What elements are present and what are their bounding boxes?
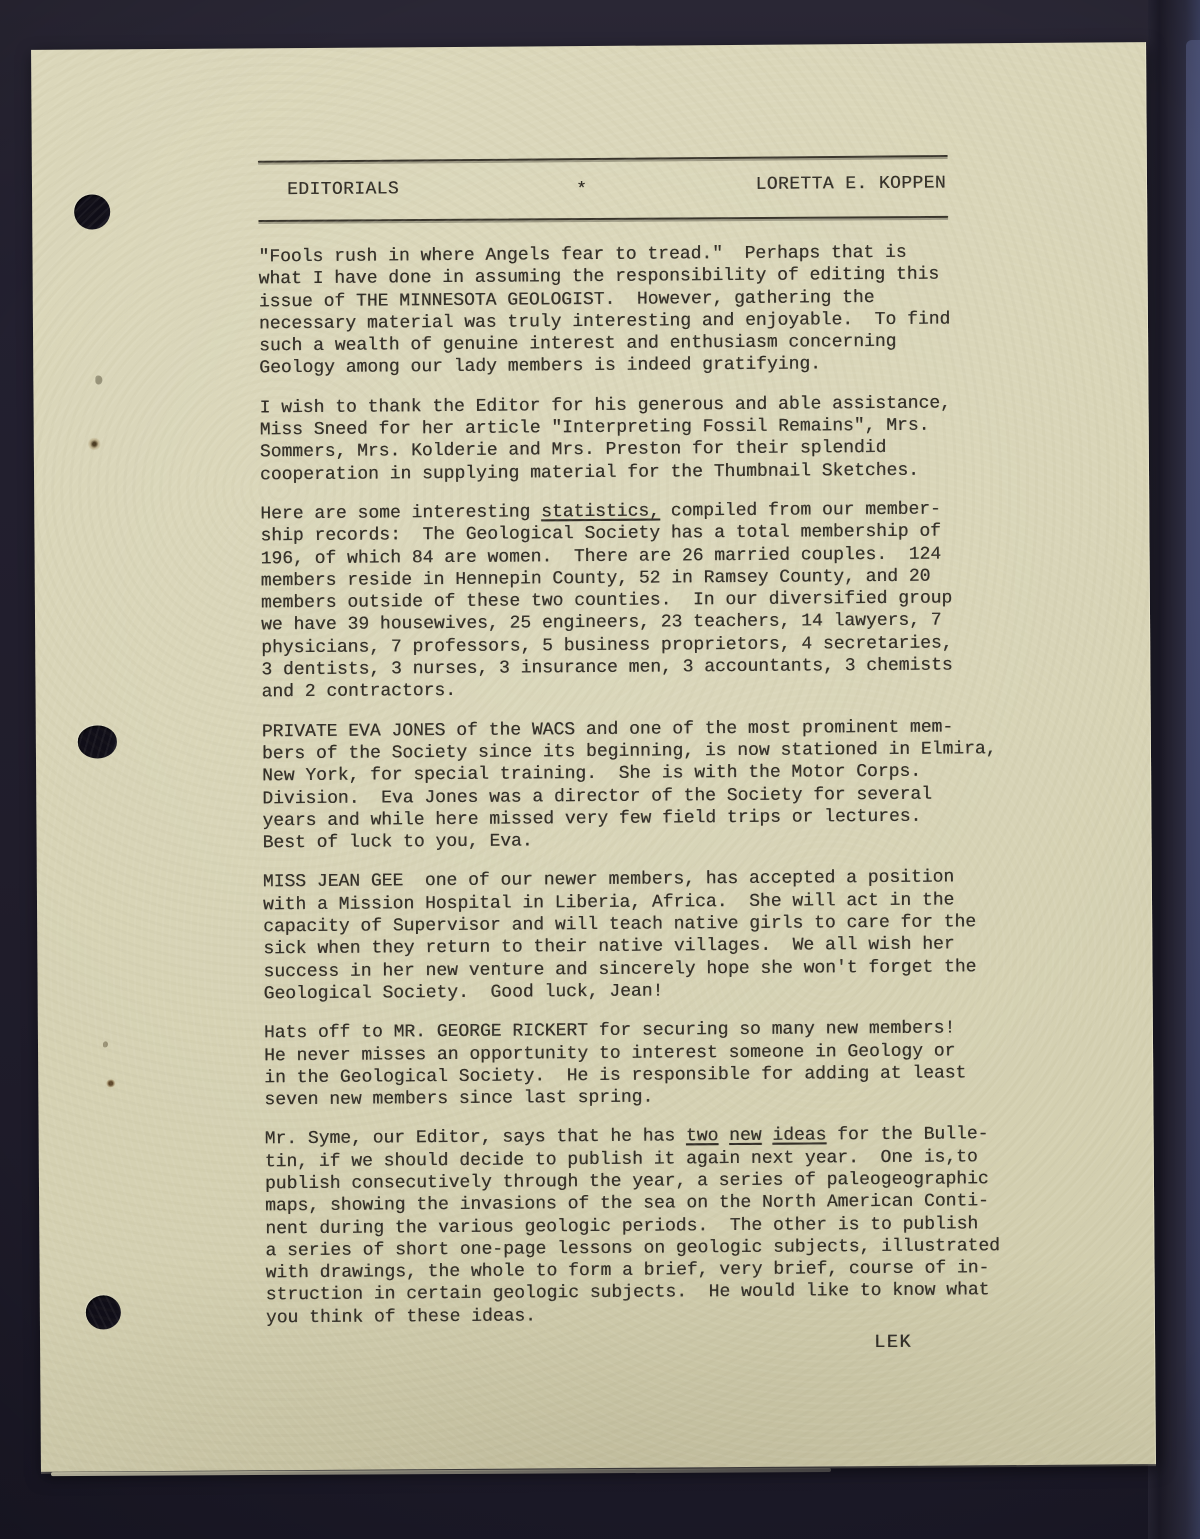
paper-stain — [106, 1079, 115, 1087]
book-spine-highlight — [1186, 40, 1200, 1460]
editorial-body: "Fools rush in where Angels fear to trea… — [258, 241, 1034, 1346]
paragraph: Mr. Syme, our Editor, says that he has t… — [265, 1123, 1034, 1329]
masthead: EDITORIALS * LORETTA E. KOPPEN — [258, 176, 948, 207]
author-name: LORETTA E. KOPPEN — [756, 174, 947, 195]
paragraph: I wish to thank the Editor for his gener… — [259, 392, 1028, 487]
paragraph: "Fools rush in where Angels fear to trea… — [258, 241, 1027, 380]
signature-initials: LEK — [874, 1332, 912, 1353]
section-title: EDITORIALS — [287, 179, 399, 200]
scan-background: { "header": { "left": "EDITORIALS", "sep… — [0, 0, 1200, 1539]
asterisk-separator: * — [576, 180, 587, 200]
masthead-rule-top — [258, 155, 948, 163]
underlying-page-edge — [51, 1468, 831, 1476]
punch-hole-bottom — [86, 1295, 121, 1329]
paper-speck — [95, 375, 102, 384]
paragraph: Hats off to MR. GEORGE RICKERT for secur… — [264, 1017, 1033, 1112]
punch-hole-middle — [78, 725, 117, 758]
masthead-rule-bottom — [258, 216, 948, 222]
paragraph: Here are some interesting statistics, co… — [260, 498, 1029, 704]
paper-stain — [88, 437, 101, 450]
paper-speck — [103, 1041, 108, 1047]
paragraph: MISS JEAN GEE one of our newer members, … — [263, 866, 1032, 1005]
scanned-page: EDITORIALS * LORETTA E. KOPPEN "Fools ru… — [31, 42, 1156, 1472]
punch-hole-top — [74, 194, 110, 229]
paragraph: PRIVATE EVA JONES of the WACS and one of… — [262, 716, 1031, 855]
